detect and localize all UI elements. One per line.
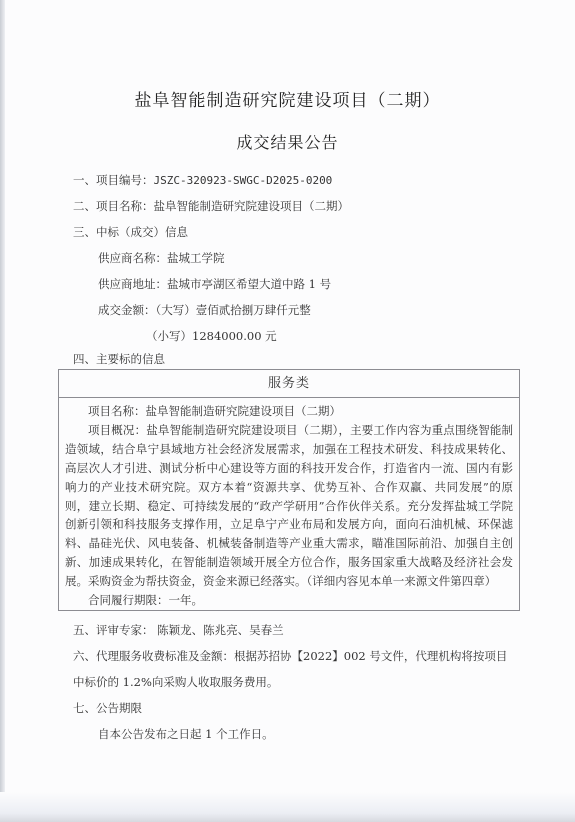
document-title: 盐阜智能制造研究院建设项目（二期）: [0, 86, 575, 111]
project-number-line: 一、项目编号：JSZC-320923-SWGC-D2025-0200: [73, 172, 332, 188]
amount-lower-line: （小写）1284000.00 元: [146, 328, 277, 344]
amount-upper-line: 成交金额：（大写）壹佰贰拾捌万肆仟元整: [98, 302, 311, 318]
table-body: 项目名称：盐阜智能制造研究院建设项目（二期） 项目概况：盐阜智能制造研究院建设项…: [59, 398, 519, 610]
award-info-heading: 三、中标（成交）信息: [73, 224, 188, 240]
project-name-value: 盐阜智能制造研究院建设项目（二期）: [154, 199, 350, 213]
subject-info-heading: 四、主要标的信息: [73, 351, 165, 367]
table-project-name: 项目名称：盐阜智能制造研究院建设项目（二期）: [65, 402, 513, 421]
agency-fee-line-2: 中标价的 1.2%向采购人收取服务费用。: [73, 674, 278, 690]
agency-fee-line-1: 六、代理服务收费标准及金额：根据苏招协【2022】002 号文件，代理机构将按项…: [73, 648, 507, 664]
project-name-label: 二、项目名称：: [73, 199, 154, 213]
experts-line: 五、评审专家： 陈颖龙、陈兆亮、吴春兰: [73, 622, 284, 638]
supplier-address-line: 供应商地址：盐城市亭湖区希望大道中路 1 号: [98, 276, 331, 292]
supplier-address-label: 供应商地址：: [98, 277, 167, 291]
amount-upper-label: 成交金额：（大写）: [98, 303, 196, 317]
amount-lower-value: 1284000.00 元: [192, 329, 277, 343]
table-header-service-category: 服务类: [59, 370, 519, 398]
project-number-label: 一、项目编号：: [73, 173, 154, 187]
document-page: 盐阜智能制造研究院建设项目（二期） 成交结果公告 一、项目编号：JSZC-320…: [0, 0, 575, 822]
project-name-line: 二、项目名称：盐阜智能制造研究院建设项目（二期）: [73, 198, 349, 214]
supplier-address-value: 盐城市亭湖区希望大道中路 1 号: [167, 277, 331, 291]
subject-info-table: 服务类 项目名称：盐阜智能制造研究院建设项目（二期） 项目概况：盐阜智能制造研究…: [58, 369, 520, 611]
supplier-name-line: 供应商名称：盐城工学院: [98, 250, 225, 266]
supplier-name-value: 盐城工学院: [167, 251, 225, 265]
document-subtitle: 成交结果公告: [0, 130, 575, 153]
experts-label: 五、评审专家：: [73, 623, 154, 637]
amount-lower-label: （小写）: [146, 329, 192, 343]
table-project-overview: 项目概况：盐阜智能制造研究院建设项目（二期），主要工作内容为重点围绕智能制造领域…: [65, 421, 513, 591]
supplier-name-label: 供应商名称：: [98, 251, 167, 265]
amount-upper-value: 壹佰贰拾捌万肆仟元整: [196, 303, 311, 317]
project-number-value: JSZC-320923-SWGC-D2025-0200: [154, 174, 333, 187]
experts-value: 陈颖龙、陈兆亮、吴春兰: [157, 623, 284, 637]
table-contract-period: 合同履行期限：一年。: [65, 591, 513, 610]
announcement-period-heading: 七、公告期限: [73, 700, 142, 716]
announcement-period-value: 自本公告发布之日起 1 个工作日。: [98, 726, 274, 742]
